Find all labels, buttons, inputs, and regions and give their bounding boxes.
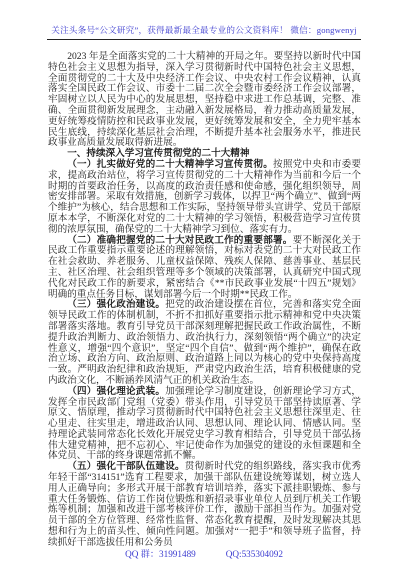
item-3-body: 把党的政治建设摆在首位，完善和落实党全面领导民政工作的体制机制，不折不扣抓好重要… [48, 299, 361, 386]
item-paragraph-1: （一）扎实做好党的二十大精神学习宣传贯彻。按照党中央和市委要求，提高政治站位，将… [48, 160, 361, 236]
page-footer: QQ 群：31991489QQ:535304092 [0, 546, 408, 560]
item-paragraph-5: （五）强化干部队伍建设。贯彻新时代党的组织路线，落实我市优秀年轻干部“31415… [48, 462, 361, 548]
item-2-lead: （二）准确把握党的二十大对民政工作的重要部署。 [67, 235, 292, 246]
item-2-body: 要不断深化关于民政工作重要指示重要论述的理解领悟，对标对表党的二十大对民政工作在… [48, 235, 361, 300]
item-5-body: 贯彻新时代党的组织路线，落实我市优秀年轻干部“314151”选育工程要求，加强干… [48, 461, 361, 548]
item-paragraph-3: （三）强化政治建设。把党的政治建设摆在首位，完善和落实党全面领导民政工作的体制机… [48, 300, 361, 386]
item-4-body: 加强理论学习制度建设，创新理论学习方式，发挥全市民政部门党组（党委）带头作用，引… [48, 386, 361, 462]
item-5-lead: （五）强化干部队伍建设。 [67, 461, 185, 472]
header-promo-text: 关注头条号“公文研究”，获得最新最全最专业的公文资料库！ 微信：gongweny… [47, 24, 361, 36]
document-page: 关注头条号“公文研究”，获得最新最全最专业的公文资料库！ 微信：gongweny… [0, 0, 408, 580]
item-1-lead: （一）扎实做好党的二十大精神学习宣传贯彻。 [67, 159, 273, 170]
intro-paragraph: 2023 年是全面落实党的二十大精神的开局之年。要坚持以新时代中国特色社会主义思… [48, 52, 361, 149]
document-body: 2023 年是全面落实党的二十大精神的开局之年。要坚持以新时代中国特色社会主义思… [48, 52, 361, 549]
item-4-lead: （四）强化理论武装。 [67, 386, 165, 397]
page-header: 关注头条号“公文研究”，获得最新最全最专业的公文资料库！ 微信：gongweny… [47, 24, 361, 40]
item-paragraph-4: （四）强化理论武装。加强理论学习制度建设，创新理论学习方式，发挥全市民政部门党组… [48, 387, 361, 463]
item-1-body: 按照党中央和市委要求，提高政治站位，将学习宣传贯彻党的二十大精神作为当前和今后一… [48, 159, 361, 235]
item-3-lead: （三）强化政治建设。 [67, 299, 165, 310]
item-paragraph-2: （二）准确把握党的二十大对民政工作的重要部署。要不断深化关于民政工作重要指示重要… [48, 236, 361, 301]
qq-group-text: QQ 群：31991489 [125, 549, 196, 559]
qq-number-text: QQ:535304092 [226, 549, 283, 559]
